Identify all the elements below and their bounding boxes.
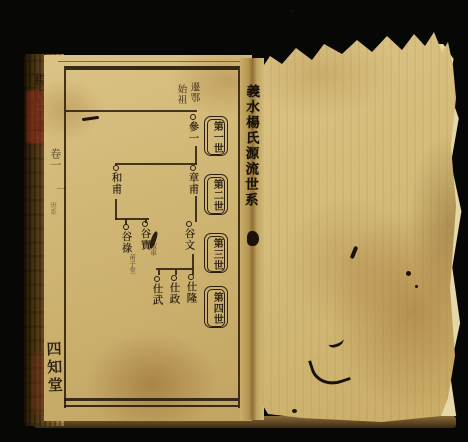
node-annotation: 莆子堂 xyxy=(128,254,135,274)
speck xyxy=(292,409,297,413)
worm-hole xyxy=(415,285,418,288)
person-name: 仕武 xyxy=(151,283,162,306)
descendant-marker-icon xyxy=(186,221,192,227)
tree-node-gen4-third: 仕武 xyxy=(150,276,164,306)
connector-line-gen2 xyxy=(115,163,197,165)
person-name: 谷祿 xyxy=(120,231,131,254)
generation-box-2: 第二世 xyxy=(204,174,228,215)
descendant-marker-icon xyxy=(171,275,177,281)
descendant-marker-icon xyxy=(190,114,196,120)
page-number: 一 xyxy=(52,184,67,194)
book-photo: 楊氏宗譜 卷一 一 世系 四知堂 遷鄂 始祖 參一 章甫 和甫 谷文 谷 xyxy=(0,0,468,442)
generation-label: 第一世 xyxy=(211,121,222,154)
person-name: 谷文 xyxy=(183,228,194,251)
frame-bottom-line-2 xyxy=(64,405,238,407)
ink-blot xyxy=(247,231,259,246)
hall-name-stamp: 四知堂 xyxy=(44,341,63,396)
fold-title: 義水楊氏源流世系 xyxy=(242,84,258,208)
descendant-marker-icon xyxy=(142,221,148,227)
descendant-marker-icon xyxy=(123,224,129,230)
descendant-marker-icon xyxy=(113,165,119,171)
tree-node-gen4-first: 仕隆 xyxy=(184,274,198,304)
ancestor-label-left: 始祖 xyxy=(175,84,185,105)
connector-line xyxy=(192,254,194,269)
tree-node-gen1: 參一 xyxy=(186,114,200,144)
right-page xyxy=(262,26,456,422)
connector-line xyxy=(195,146,197,164)
person-name: 和甫 xyxy=(110,172,121,195)
margin-note: 世系 xyxy=(49,202,56,215)
generation-label: 第二世 xyxy=(211,179,222,212)
tree-node-gen4-second: 仕政 xyxy=(167,275,181,305)
connector-tick xyxy=(158,270,160,275)
connector-line-top xyxy=(66,110,197,112)
ancestor-label-right: 遷鄂 xyxy=(188,82,198,103)
tree-node-gen3-right: 谷文 xyxy=(182,221,196,251)
page-top-edge-line xyxy=(58,61,240,62)
frame-bottom-line xyxy=(64,398,238,401)
person-name: 參一 xyxy=(187,121,198,144)
volume-label: 卷一 xyxy=(48,148,62,170)
generation-box-3: 第三世 xyxy=(204,233,228,273)
worm-hole xyxy=(406,271,411,276)
connector-line-branch xyxy=(115,218,149,220)
generation-box-4: 第四世 xyxy=(204,286,228,328)
generation-label: 第三世 xyxy=(211,238,222,271)
generation-label: 第四世 xyxy=(211,292,222,325)
descendant-marker-icon xyxy=(190,165,196,171)
tree-node-gen3-left: 谷祿 xyxy=(119,224,133,254)
descendant-marker-icon xyxy=(154,276,160,282)
connector-line xyxy=(115,199,117,220)
person-name: 章甫 xyxy=(187,172,198,195)
connector-line xyxy=(195,196,197,222)
speck xyxy=(291,10,294,13)
person-name: 仕政 xyxy=(168,282,179,305)
tree-node-gen2-right: 章甫 xyxy=(186,165,200,195)
person-name: 仕隆 xyxy=(185,281,196,304)
tree-node-gen2-left: 和甫 xyxy=(109,165,123,195)
generation-box-1: 第一世 xyxy=(204,116,228,156)
descendant-marker-icon xyxy=(188,274,194,280)
